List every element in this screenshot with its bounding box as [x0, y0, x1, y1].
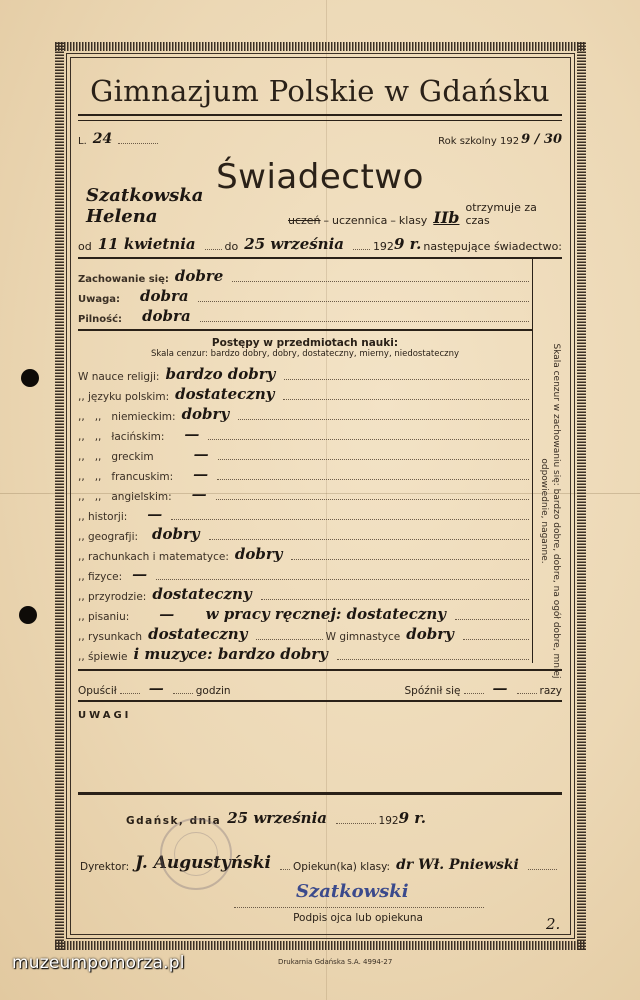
- role-struck: uczeń: [288, 214, 321, 227]
- year-prefix: 192: [373, 240, 394, 253]
- late-label: Spóźnił się: [405, 685, 461, 697]
- attention-label: Uwaga:: [78, 294, 120, 305]
- subject-row: W nauce religji:bardzo dobry: [78, 363, 532, 383]
- dots: [238, 419, 529, 420]
- subject-row: ,, geografji:dobry: [78, 523, 532, 543]
- dots: [517, 693, 537, 694]
- conduct-scale-column: Skala cenzur w zachowaniu się: bardzo do…: [540, 341, 562, 671]
- following-text: następujące świadectwo:: [423, 240, 562, 253]
- header-rule: [78, 114, 562, 121]
- period-row: od 11 kwietnia do 25 września 192 9 r. n…: [78, 231, 562, 253]
- subject-row: ,, ,, niemieckim:dobry: [78, 403, 532, 423]
- dots: [171, 519, 529, 520]
- dots: [337, 659, 529, 660]
- dash: –: [387, 214, 399, 227]
- school-year-value: 9 / 30: [519, 132, 562, 147]
- dots: [280, 869, 290, 870]
- remarks-label: UWAGI: [78, 710, 562, 721]
- dots: [200, 321, 529, 322]
- diligence-value: dobra: [122, 307, 197, 325]
- subject-label: ,, ,, francuskim:: [78, 471, 173, 483]
- subject-row: ,, historji:—: [78, 503, 532, 523]
- conduct-value: dobre: [169, 267, 229, 285]
- grades-main: Zachowanie się: dobre Uwaga: dobra Pilno…: [78, 259, 533, 663]
- to-label: do: [225, 240, 239, 253]
- registration-row: L. 24 Rok szkolny 192 9 / 30: [78, 131, 562, 147]
- page-mark: 2.: [540, 915, 566, 933]
- dots: [291, 559, 529, 560]
- singing-row: ,, śpiewie i muzyce: bardzo dobry: [78, 643, 532, 663]
- receives-text: otrzymuje za czas: [465, 201, 562, 227]
- school-stamp-icon: [160, 818, 232, 890]
- subject-grade: dobry: [138, 525, 206, 543]
- issue-year: 9 r.: [399, 809, 426, 827]
- parent-signature: Szatkowski: [290, 881, 415, 902]
- subject-label: ,, ,, angielskim:: [78, 491, 172, 503]
- dash: –: [321, 214, 333, 227]
- dots: [283, 399, 529, 400]
- subject-label: ,, historji:: [78, 511, 127, 523]
- guardian-label: Opiekun(ka) klasy:: [293, 861, 390, 873]
- late-value: —: [487, 679, 514, 697]
- progress-scale: Skala cenzur: bardzo dobry, dobry, dosta…: [78, 349, 532, 359]
- school-year-label: Rok szkolny 192: [438, 136, 519, 147]
- dots: [173, 693, 193, 694]
- director-label: Dyrektor:: [80, 861, 129, 873]
- from-value: 11 kwietnia: [92, 235, 202, 253]
- dots: [528, 869, 557, 870]
- subject-grade: dobry: [229, 545, 289, 563]
- parent-signature-line: [234, 907, 484, 908]
- conduct-row: Zachowanie się: dobre: [78, 265, 532, 285]
- dots: [261, 599, 529, 600]
- gym-grade: dobry: [400, 625, 460, 643]
- progress-heading: Postępy w przedmiotach nauki:: [78, 337, 532, 349]
- director-row: Dyrektor: J. Augustyński Opiekun(ka) kla…: [80, 853, 560, 873]
- subject-label: ,, fizyce:: [78, 571, 122, 583]
- subject-grade: —: [122, 565, 153, 583]
- dots: [232, 281, 529, 282]
- class-value: IIb: [427, 208, 465, 227]
- subject-label: ,, rachunkach i matematyce:: [78, 551, 229, 563]
- attention-value: dobra: [120, 287, 195, 305]
- print-mark: Drukarnia Gdańska S.A. 4994-27: [278, 958, 392, 966]
- subject-label: ,, pisaniu:: [78, 611, 129, 623]
- subject-grade: —: [127, 505, 168, 523]
- dots: [256, 639, 322, 640]
- dots: [217, 479, 529, 480]
- gym-label: W gimnastyce: [326, 631, 401, 643]
- border-hatch-top: [55, 42, 586, 51]
- drawing-grade: dostateczny: [142, 625, 253, 643]
- subject-row: ,, pisaniu:— w pracy ręcznej: dostateczn…: [78, 603, 532, 623]
- subject-grade: —: [172, 485, 213, 503]
- guardian-signature: dr Wł. Pniewski: [390, 857, 525, 873]
- year-value: 9 r.: [394, 235, 423, 253]
- border-hatch-left: [55, 42, 64, 950]
- issue-date: 25 września: [221, 809, 333, 827]
- subject-row: ,, przyrodzie:dostateczny: [78, 583, 532, 603]
- subject-grade: dobry: [176, 405, 236, 423]
- dots: [464, 693, 484, 694]
- missed-label: Opuścił: [78, 685, 117, 697]
- dots: [455, 619, 529, 620]
- school-name: Gimnazjum Polskie w Gdańsku: [78, 60, 562, 108]
- remarks-section: UWAGI: [78, 704, 562, 792]
- subject-grade: bardzo dobry: [159, 365, 281, 383]
- reg-dots: [118, 143, 158, 144]
- student-name: Szatkowska Helena: [78, 185, 282, 227]
- year-prefix: 192: [379, 815, 399, 827]
- subject-row: ,, ,, greckim—: [78, 443, 532, 463]
- conduct-label: Zachowanie się:: [78, 274, 169, 285]
- subject-grade: dostateczny: [169, 385, 280, 403]
- reg-label: L.: [78, 136, 87, 147]
- dots: [198, 301, 529, 302]
- subject-grade: dostateczny: [146, 585, 257, 603]
- subject-row: ,, języku polskim:dostateczny: [78, 383, 532, 403]
- subject-label: ,, przyrodzie:: [78, 591, 146, 603]
- student-row: Szatkowska Helena uczeń – uczennica – kl…: [78, 205, 562, 227]
- subject-grade: —: [154, 445, 215, 463]
- certificate: Gimnazjum Polskie w Gdańsku L. 24 Rok sz…: [78, 60, 562, 945]
- subject-grade: —: [164, 425, 205, 443]
- subject-label: ,, języku polskim:: [78, 391, 169, 403]
- drawing-gym-row: ,, rysunkach dostateczny W gimnastyce do…: [78, 623, 532, 643]
- times-label: razy: [540, 685, 562, 697]
- attention-row: Uwaga: dobra: [78, 285, 532, 305]
- subject-label: ,, ,, łacińskim:: [78, 431, 164, 443]
- dots: [336, 823, 376, 824]
- border-hatch-right: [577, 42, 586, 950]
- dots: [353, 249, 370, 250]
- punch-hole-icon: [19, 606, 37, 624]
- date-row: Gdańsk, dnia 25 września 192 9 r.: [126, 809, 426, 827]
- punch-hole-icon: [21, 369, 39, 387]
- attendance-row: Opuścił — godzin Spóźnił się — razy: [78, 675, 562, 697]
- drawing-label: ,, rysunkach: [78, 631, 142, 643]
- subject-row: ,, fizyce:—: [78, 563, 532, 583]
- to-value: 25 września: [238, 235, 350, 253]
- signature-section: Gdańsk, dnia 25 września 192 9 r. Dyrekt…: [78, 795, 562, 945]
- from-label: od: [78, 240, 92, 253]
- subject-row: ,, ,, łacińskim:—: [78, 423, 532, 443]
- dots: [205, 249, 222, 250]
- conduct-scale-text: Skala cenzur w zachowaniu się: bardzo do…: [538, 341, 562, 681]
- subject-label: ,, geografji:: [78, 531, 138, 543]
- hours-label: godzin: [196, 685, 231, 697]
- dots: [218, 459, 529, 460]
- reg-number: 24: [87, 131, 118, 147]
- conduct-section: Zachowanie się: dobre Uwaga: dobra Pilno…: [78, 259, 532, 329]
- diligence-row: Pilność: dobra: [78, 305, 532, 325]
- subject-grade: — w pracy ręcznej: dostateczny: [129, 605, 452, 623]
- dots: [216, 499, 529, 500]
- singing-label: ,, śpiewie: [78, 651, 128, 663]
- dots: [208, 439, 529, 440]
- dots: [209, 539, 529, 540]
- class-label: klasy: [399, 214, 427, 227]
- subject-row: ,, ,, francuskim:—: [78, 463, 532, 483]
- singing-grade: i muzyce: bardzo dobry: [128, 645, 334, 663]
- subject-label: ,, ,, greckim: [78, 451, 154, 463]
- missed-value: —: [143, 679, 170, 697]
- grades-table: Zachowanie się: dobre Uwaga: dobra Pilno…: [78, 257, 562, 671]
- subject-label: ,, ,, niemieckim:: [78, 411, 176, 423]
- dots: [463, 639, 529, 640]
- dots: [284, 379, 529, 380]
- subject-grade: —: [173, 465, 214, 483]
- subject-row: ,, ,, angielskim:—: [78, 483, 532, 503]
- dots: [156, 579, 529, 580]
- diligence-label: Pilność:: [78, 314, 122, 325]
- subject-row: ,, rachunkach i matematyce:dobry: [78, 543, 532, 563]
- museum-watermark: muzeumpomorza.pl: [12, 953, 185, 973]
- dots: [120, 693, 140, 694]
- parent-signature-label: Podpis ojca lub opiekuna: [258, 912, 458, 924]
- subject-label: W nauce religji:: [78, 371, 159, 383]
- student-role: uczennica: [332, 214, 387, 227]
- progress-section: Postępy w przedmiotach nauki: Skala cenz…: [78, 329, 532, 663]
